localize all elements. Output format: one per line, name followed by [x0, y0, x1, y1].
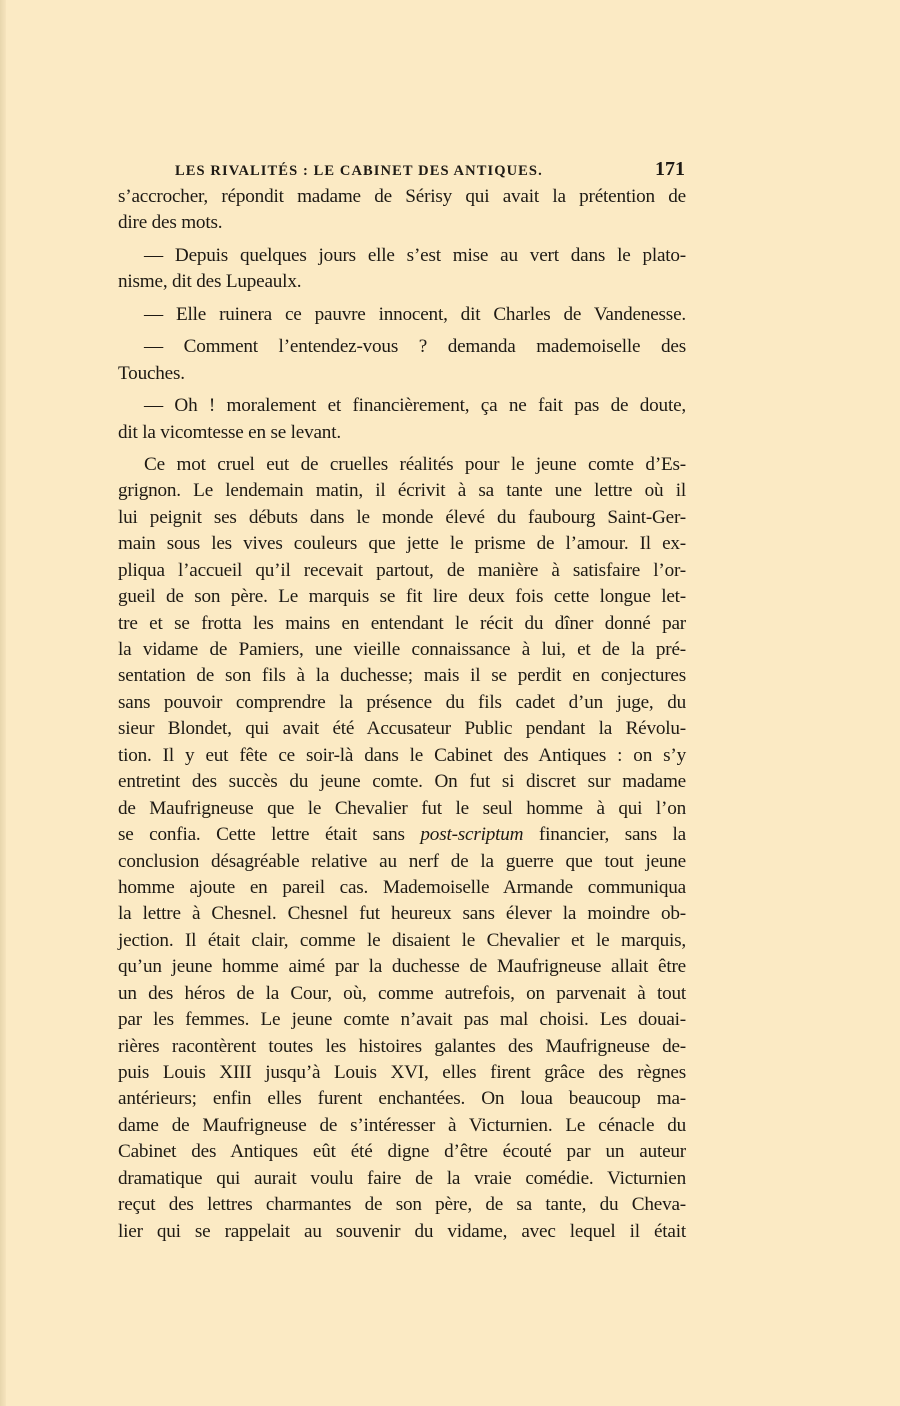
- text-line: homme ajoute en pareil cas. Mademoiselle…: [118, 875, 686, 901]
- text-line: sans pouvoir comprendre la présence du f…: [118, 690, 686, 716]
- running-head: Les rivalités : le cabinet des antiques.: [175, 163, 543, 180]
- text-segment: se confia. Cette lettre était sans: [118, 824, 420, 845]
- text-line: de Maufrigneuse que le Chevalier fut le …: [118, 796, 686, 822]
- text-line: tre et se frotta les mains en entendant …: [118, 611, 686, 637]
- text-line: se confia. Cette lettre était sans post-…: [118, 822, 686, 848]
- text-line: Touches.: [118, 361, 686, 387]
- page-edge: [0, 0, 6, 1406]
- text-line: puis Louis XIII jusqu’à Louis XVI, elles…: [118, 1060, 686, 1086]
- text-line: lier qui se rappelait au souvenir du vid…: [118, 1219, 686, 1245]
- text-line: un des héros de la Cour, où, comme autre…: [118, 981, 686, 1007]
- text-line: grignon. Le lendemain matin, il écrivit …: [118, 478, 686, 504]
- body-text: s’accrocher, répondit madame de Sérisy q…: [118, 184, 686, 1245]
- text-line: rières racontèrent toutes les histoires …: [118, 1034, 686, 1060]
- text-line: nisme, dit des Lupeaulx.: [118, 269, 686, 295]
- text-line: sentation de son fils à la duchesse; mai…: [118, 663, 686, 689]
- text-line: — Depuis quelques jours elle s’est mise …: [118, 243, 686, 269]
- text-line: — Comment l’entendez-vous ? demanda made…: [118, 334, 686, 360]
- italic-term: post-scriptum: [420, 824, 523, 845]
- text-line: dramatique qui aurait voulu faire de la …: [118, 1166, 686, 1192]
- text-line: dire des mots.: [118, 210, 686, 236]
- text-line: conclusion désagréable relative au nerf …: [118, 849, 686, 875]
- text-line: dame de Maufrigneuse de s’intéresser à V…: [118, 1113, 686, 1139]
- text-line: Ce mot cruel eut de cruelles réalités po…: [118, 452, 686, 478]
- text-line: la vidame de Pamiers, une vieille connai…: [118, 637, 686, 663]
- text-line: reçut des lettres charmantes de son père…: [118, 1192, 686, 1218]
- text-line: lui peignit ses débuts dans le monde éle…: [118, 505, 686, 531]
- text-line: qu’un jeune homme aimé par la duchesse d…: [118, 954, 686, 980]
- text-line: pliqua l’accueil qu’il recevait partout,…: [118, 558, 686, 584]
- text-line: Cabinet des Antiques eût été digne d’êtr…: [118, 1139, 686, 1165]
- text-line: antérieurs; enfin elles furent enchantée…: [118, 1086, 686, 1112]
- text-line: la lettre à Chesnel. Chesnel fut heureux…: [118, 901, 686, 927]
- page-header: Les rivalités : le cabinet des antiques.…: [175, 158, 685, 184]
- text-line: main sous les vives couleurs que jette l…: [118, 531, 686, 557]
- text-line: dit la vicomtesse en se levant.: [118, 420, 686, 446]
- page-number: 171: [655, 158, 685, 181]
- text-line: gueil de son père. Le marquis se fit lir…: [118, 584, 686, 610]
- text-line: par les femmes. Le jeune comte n’avait p…: [118, 1007, 686, 1033]
- text-line: entretint des succès du jeune comte. On …: [118, 769, 686, 795]
- text-line: jection. Il était clair, comme le disaie…: [118, 928, 686, 954]
- text-line: sieur Blondet, qui avait été Accusateur …: [118, 716, 686, 742]
- text-line: — Oh ! moralement et financièrement, ça …: [118, 393, 686, 419]
- text-segment: financier, sans la: [523, 824, 686, 845]
- text-line: tion. Il y eut fête ce soir-là dans le C…: [118, 743, 686, 769]
- text-line: — Elle ruinera ce pauvre innocent, dit C…: [118, 302, 686, 328]
- text-line: s’accrocher, répondit madame de Sérisy q…: [118, 184, 686, 210]
